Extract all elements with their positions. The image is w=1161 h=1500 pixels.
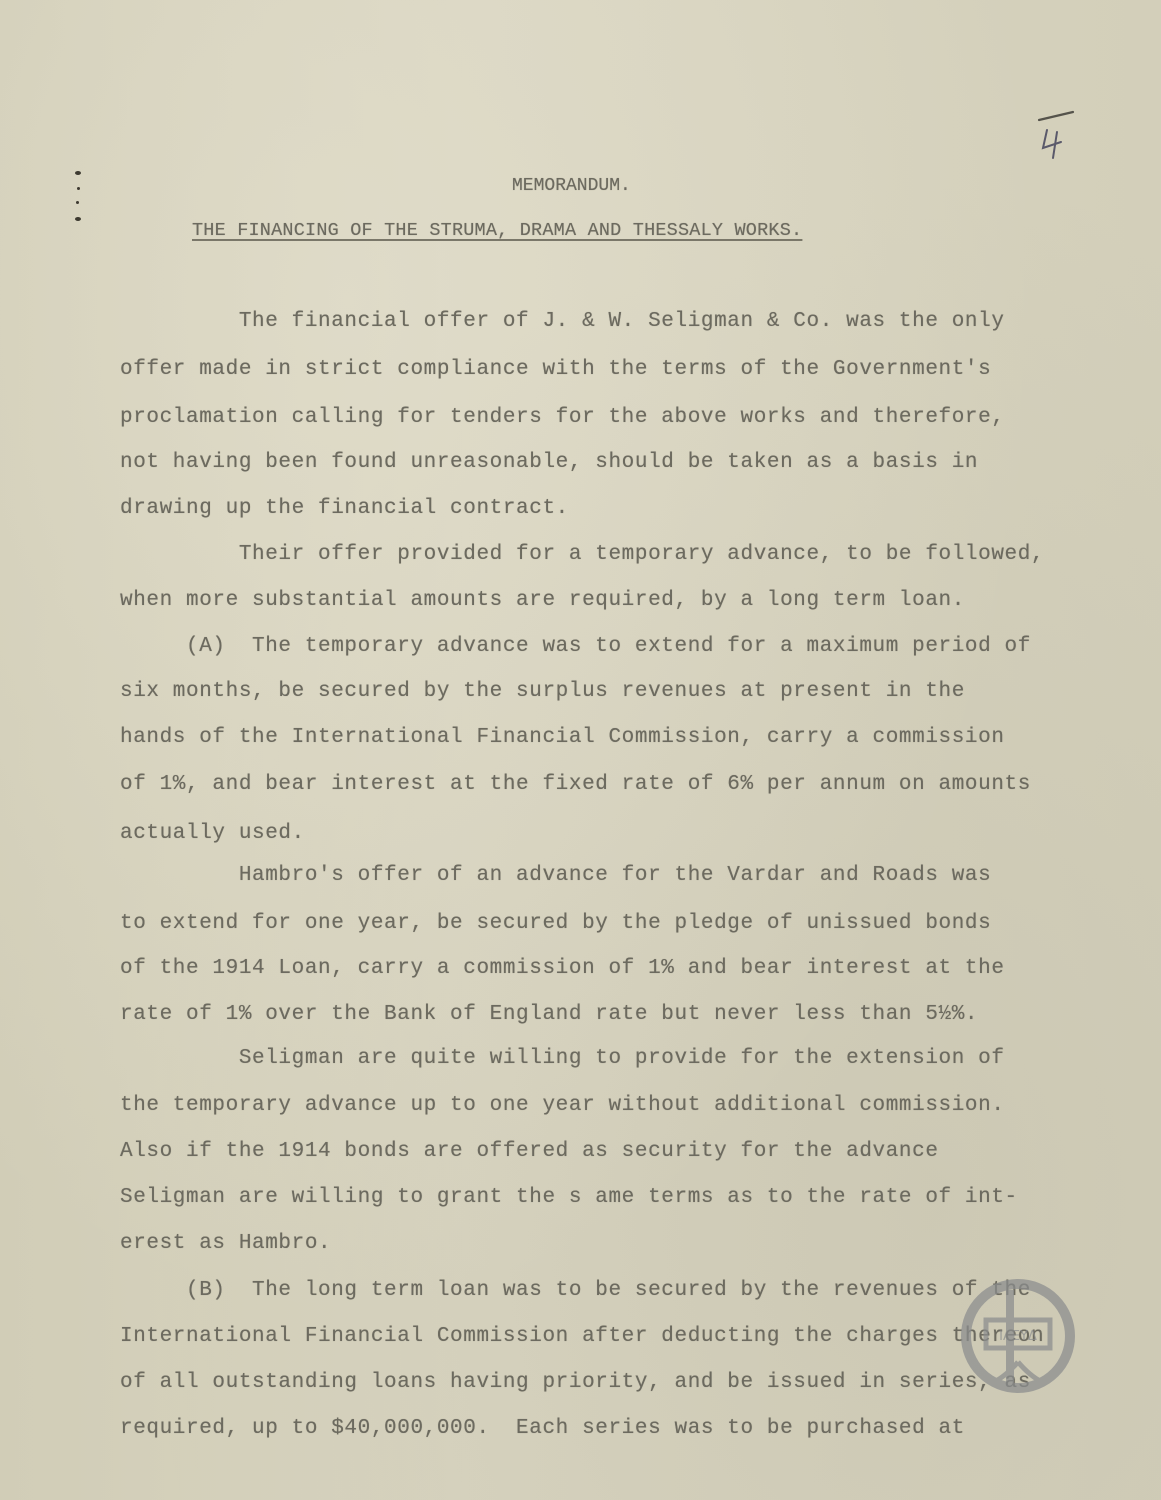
body-line: drawing up the financial contract. xyxy=(120,497,569,520)
body-line: The financial offer of J. & W. Seligman … xyxy=(120,310,1005,333)
handwritten-mark-icon xyxy=(1035,110,1095,160)
archive-stamp: ΙΑΕΥΔ xyxy=(958,1276,1078,1396)
body-line: rate of 1% over the Bank of England rate… xyxy=(120,1003,978,1026)
body-line: not having been found unreasonable, shou… xyxy=(120,451,978,474)
svg-text:ΙΑΕΥΔ: ΙΑΕΥΔ xyxy=(999,1329,1037,1344)
body-line: of all outstanding loans having priority… xyxy=(120,1371,1031,1394)
body-line: the temporary advance up to one year wit… xyxy=(120,1094,1005,1117)
punch-hole xyxy=(77,187,80,190)
punch-hole xyxy=(76,201,79,204)
body-line: when more substantial amounts are requir… xyxy=(120,589,965,612)
body-line: actually used. xyxy=(120,822,305,845)
body-line: Hambro's offer of an advance for the Var… xyxy=(120,864,991,887)
body-line: Seligman are quite willing to provide fo… xyxy=(120,1047,1005,1070)
body-line: (A) The temporary advance was to extend … xyxy=(120,635,1031,658)
body-line: hands of the International Financial Com… xyxy=(120,726,1005,749)
handwritten-page-number xyxy=(1035,110,1095,160)
body-line: required, up to $40,000,000. Each series… xyxy=(120,1417,965,1440)
body-line: of 1%, and bear interest at the fixed ra… xyxy=(120,773,1031,796)
body-line: of the 1914 Loan, carry a commission of … xyxy=(120,957,1005,980)
punch-hole xyxy=(75,217,81,221)
body-line: Their offer provided for a temporary adv… xyxy=(120,543,1044,566)
document-heading: MEMORANDUM. xyxy=(512,176,631,196)
punch-hole xyxy=(75,171,81,175)
body-line: (B) The long term loan was to be secured… xyxy=(120,1279,1031,1302)
body-line: Seligman are willing to grant the s ame … xyxy=(120,1186,1018,1209)
body-line: International Financial Commission after… xyxy=(120,1325,1044,1348)
body-line: erest as Hambro. xyxy=(120,1232,331,1255)
body-line: offer made in strict compliance with the… xyxy=(120,358,991,381)
document-subheading: THE FINANCING OF THE STRUMA, DRAMA AND T… xyxy=(192,220,802,241)
body-line: proclamation calling for tenders for the… xyxy=(120,406,1005,429)
body-line: Also if the 1914 bonds are offered as se… xyxy=(120,1140,939,1163)
body-line: to extend for one year, be secured by th… xyxy=(120,912,991,935)
body-line: six months, be secured by the surplus re… xyxy=(120,680,965,703)
archive-seal-icon: ΙΑΕΥΔ xyxy=(958,1276,1078,1396)
